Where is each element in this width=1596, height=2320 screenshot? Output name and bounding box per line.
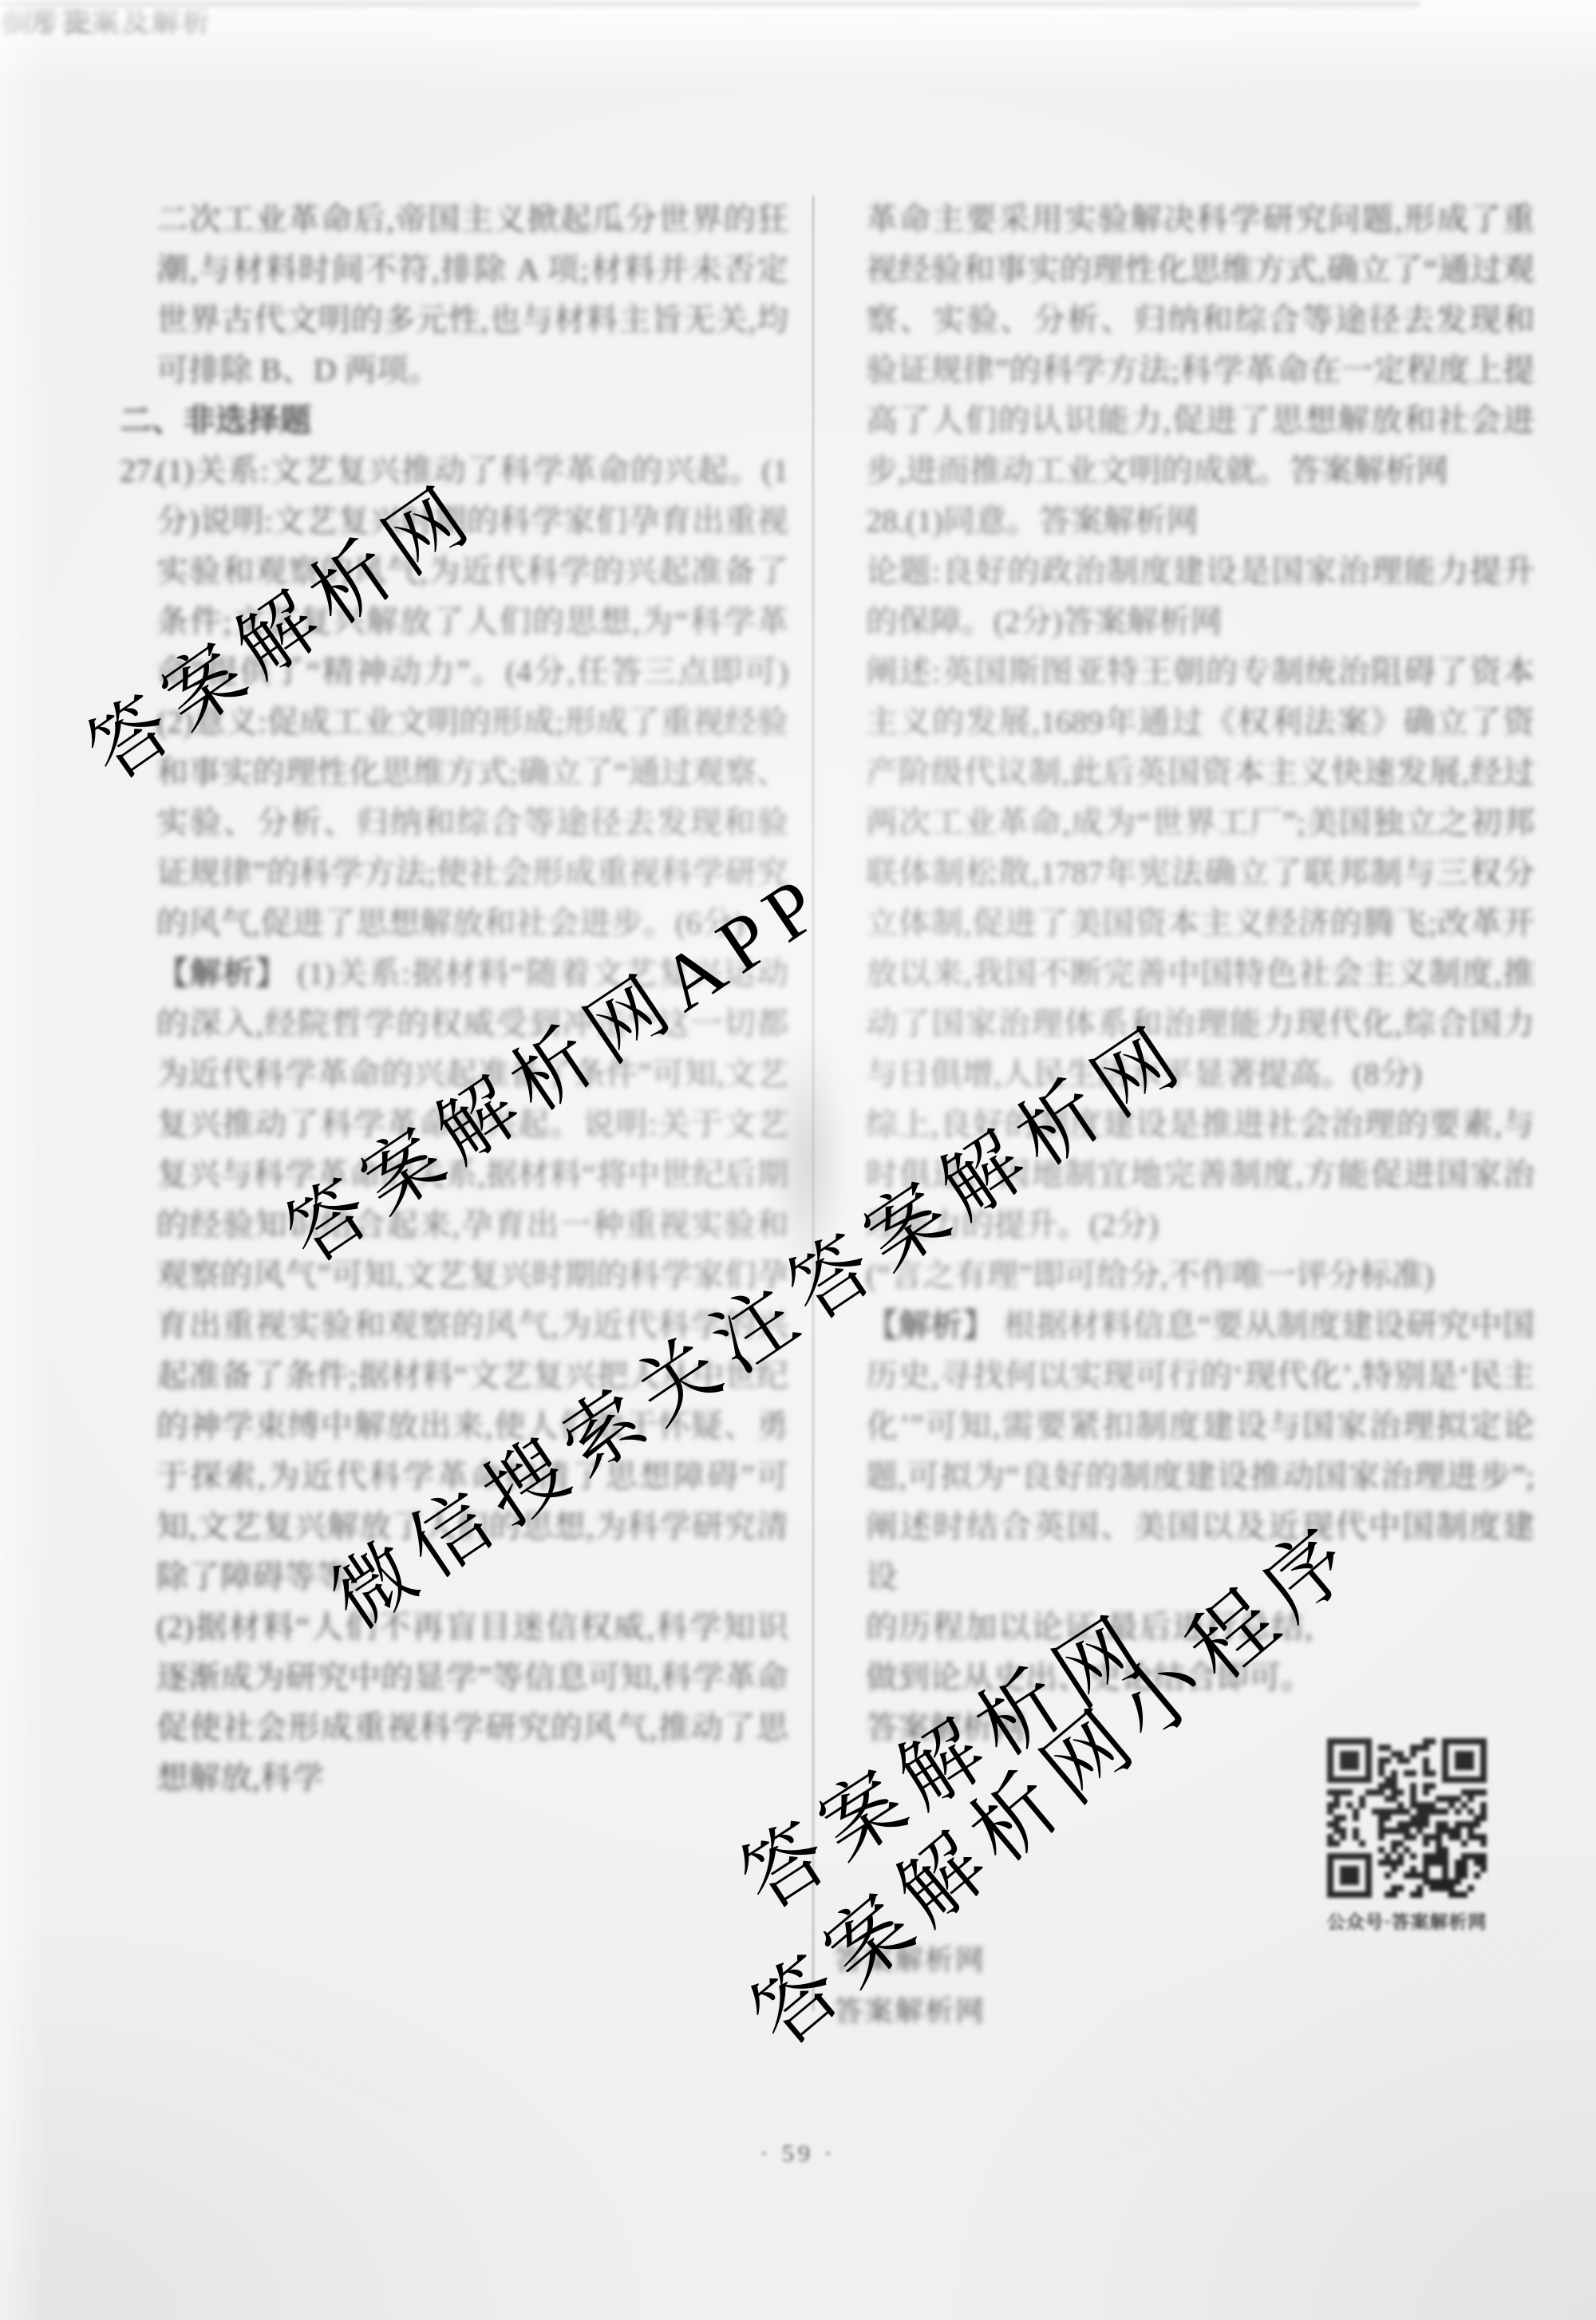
analysis-label: 【解析】	[866, 1307, 995, 1343]
thesis-paragraph: 论题:良好的政治制度建设是国家治理能力提升的保障。(2分)答案解析网	[866, 546, 1535, 646]
analysis-text: (2)据材料“人们不再盲目迷信权威,科学知识逐渐成为研究中的显学”等信息可知,科…	[156, 1609, 788, 1796]
header-rule	[0, 0, 1420, 7]
answer-item-28: 28.(1)同意。答案解析网	[866, 496, 1535, 546]
paragraph-continuation: 革命主要采用实验解决科学研究问题,形成了重视经验和事实的理性化思维方式,确立了“…	[866, 194, 1535, 496]
paragraph-continuation: 二次工业革命后,帝国主义掀起瓜分世界的狂潮,与材料时间不符,排除 A 项;材料并…	[156, 194, 788, 395]
qr-caption: 公众号·答案解析网	[1321, 1907, 1493, 1934]
item-number: 28.	[866, 503, 906, 539]
section-heading: 二、非选择题	[120, 395, 788, 445]
item-answer-text: (1)同意。答案解析网	[906, 503, 1199, 539]
analysis-paragraph-2: (2)据材料“人们不再盲目迷信权威,科学知识逐渐成为研究中的显学”等信息可知,科…	[156, 1602, 788, 1803]
elaboration-paragraph: 阐述:英国斯图亚特王朝的专制统治阻碍了资本主义的发展,1689年通过《权利法案》…	[866, 646, 1535, 1099]
scanned-answer-page: · 历 史 · 参考答案及解析 二次工业革命后,帝国主义掀起瓜分世界的狂潮,与材…	[0, 0, 1596, 2320]
analysis-text: 根据材料信息“要从制度建设研究中国历史,寻找何以实现可行的‘现代化’,特别是‘民…	[866, 1307, 1535, 1595]
analysis-label: 【解析】	[156, 955, 288, 991]
right-column: 革命主要采用实验解决科学研究问题,形成了重视经验和事实的理性化思维方式,确立了“…	[866, 194, 1535, 1753]
analysis-paragraph: 【解析】 根据材料信息“要从制度建设研究中国历史,寻找何以实现可行的‘现代化’,…	[866, 1300, 1535, 1602]
qr-code-image	[1327, 1738, 1487, 1898]
item-number: 27.	[120, 445, 160, 496]
grading-note: (“言之有理”即可给分,不作唯一评分标准)	[866, 1250, 1535, 1300]
qr-code	[1327, 1738, 1487, 1898]
page-number: · 59 ·	[742, 2140, 854, 2168]
